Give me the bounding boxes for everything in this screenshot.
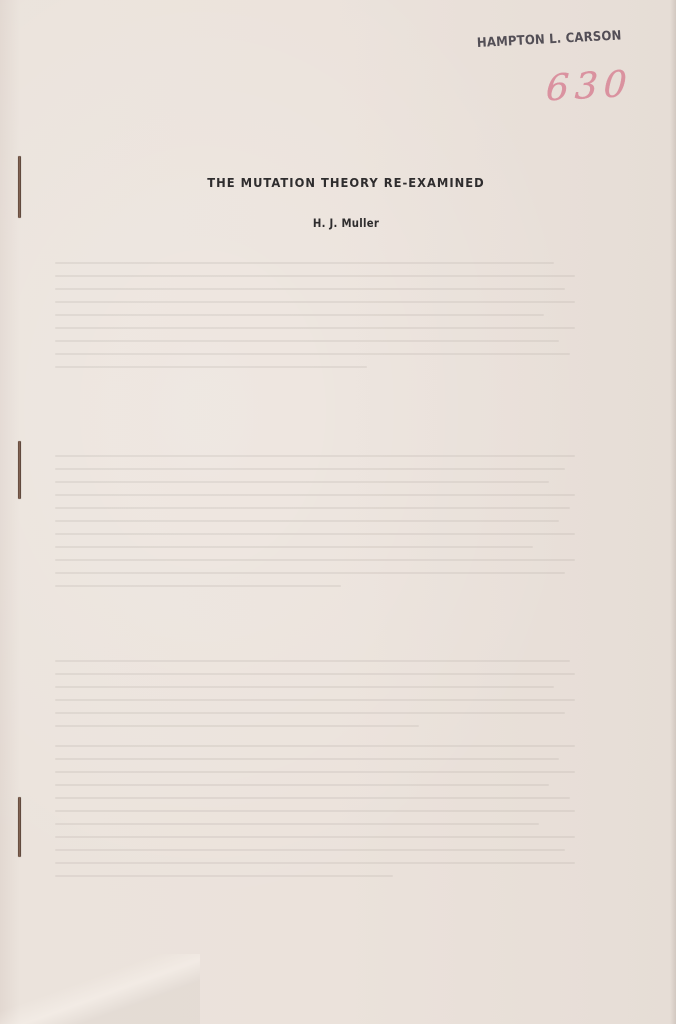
- staple: [18, 441, 21, 499]
- page-edge-shadow: [670, 0, 676, 1024]
- staple: [18, 156, 21, 218]
- show-through-text-block: [55, 262, 575, 379]
- show-through-text-block: [55, 745, 575, 888]
- document-page: HAMPTON L. CARSON 630 THE MUTATION THEOR…: [0, 0, 676, 1024]
- owner-stamp: HAMPTON L. CARSON: [477, 28, 622, 51]
- document-title: THE MUTATION THEORY RE-EXAMINED: [28, 175, 665, 190]
- show-through-text-block: [55, 660, 575, 738]
- document-author: H. J. Muller: [42, 216, 651, 230]
- handwritten-number: 630: [545, 64, 634, 110]
- show-through-text-block: [55, 455, 575, 598]
- page-corner-fold: [0, 954, 200, 1024]
- staple: [18, 797, 21, 857]
